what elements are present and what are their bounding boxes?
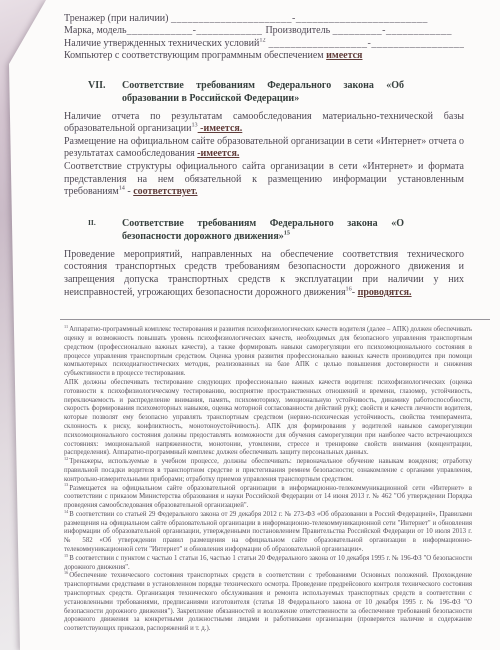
p3-answer: соответствует. [133,186,197,197]
section-ii-title-text: Соответствие требованиям Федерального за… [122,218,404,242]
footnote-11: 11Аппаратно-программный комплекс тестиро… [64,326,472,379]
footnote-16: 16Обеспечение технического состояния тра… [64,572,472,634]
field-proizvoditel-blank: _________-____________ [333,25,452,36]
footnote-13: 13Размещается на официальном сайте образ… [64,485,472,511]
footnote-separator [60,319,490,320]
section-vii-number: VII. [88,79,122,105]
field-usloviya: Наличие утвержденных технических условий… [64,38,464,50]
field-marka-blank: ____________-____________ [127,25,266,36]
footnote-11-number: 11 [64,324,68,329]
footnote-11-text: Аппаратно-программный комплекс тестирова… [64,326,472,377]
field-marka: Марка, модель____________-____________ П… [64,25,464,37]
section-vii-paragraph-2: Размещение на официальном сайте образова… [64,136,464,161]
section-vii-title: Соответствие требованиям Федерального за… [122,79,464,105]
document-content: Тренажер (при наличии) _________________… [0,0,500,634]
footnote-12-number: 12 [64,456,68,461]
footnote-15: 15В соответствии с пунктом с частью 1 ст… [64,555,472,573]
footnote-12: 12Тренажеры, используемые в учебном проц… [64,458,472,484]
field-trenazher-label: Тренажер (при наличии) [64,13,171,24]
section-ii-paragraph-1: Проведение мероприятий, направленных на … [64,249,464,299]
field-usloviya-blank: __________________-___________________ [266,38,464,49]
p2-answer: -имеется. [197,148,239,159]
scanned-document-photo: Тренажер (при наличии) _________________… [0,0,500,650]
footnote-14-text: В соответствии со статьей 29 Федеральног… [64,511,472,553]
field-usloviya-label: Наличие утвержденных технических условий [64,38,259,49]
footnotes: 11Аппаратно-программный комплекс тестиро… [64,326,464,634]
footnote-13-text: Размещается на официальном сайте образов… [64,485,472,510]
paper-page: Тренажер (при наличии) _________________… [0,0,500,650]
section-ii-number: II. [88,216,122,242]
footnote-15-text: В соответствии с пунктом с частью 1 стат… [64,555,472,571]
footnote-15-number: 15 [64,553,68,558]
field-computer: Компьютер с соответствующим программным … [64,50,464,62]
footnote-13-number: 13 [64,482,68,487]
footnote-11-continued: АПК должны обеспечивать тестирование сле… [64,379,472,458]
section-vii-paragraph-1: Наличие отчета по результатам самообслед… [64,111,464,136]
field-trenazher-blank: ______________________-_________________… [171,13,428,24]
footnote-14: 14В соответствии со статьей 29 Федеральн… [64,511,472,555]
paper-page-shadow: Тренажер (при наличии) _________________… [0,0,500,650]
footnote-16-number: 16 [64,570,68,575]
section-ii-heading: II. Соответствие требованиям Федеральног… [88,217,464,243]
section-vii-paragraph-3: Соответствие структуры официального сайт… [64,161,464,199]
section-ii-title: Соответствие требованиям Федерального за… [122,217,464,243]
footnote-14-number: 14 [64,509,68,514]
p3-tail: - [125,186,133,197]
field-computer-answer: имеется [326,50,362,61]
p1-text: Наличие отчета по результатам самообслед… [64,111,464,135]
footnote-11-text2: АПК должны обеспечивать тестирование сле… [64,379,472,456]
section-vii-heading: VII. Соответствие требованиям Федерально… [88,79,464,105]
field-proizvoditel-label: Производитель [265,25,332,36]
p1-answer: -имеется. [198,123,243,134]
footnote-16-text: Обеспечение технического состояния транс… [64,572,472,632]
footnote-12-text: Тренажеры, используемые в учебном процес… [64,458,472,483]
field-trenazher: Тренажер (при наличии) _________________… [64,13,464,25]
field-computer-label: Компьютер с соответствующим программным … [64,50,326,61]
field-marka-label: Марка, модель [64,25,127,36]
s8-p1-answer: проводятся. [358,287,412,298]
footnote-ref-15: 15 [284,229,290,236]
p2-text: Размещение на официальном сайте образова… [64,136,464,160]
